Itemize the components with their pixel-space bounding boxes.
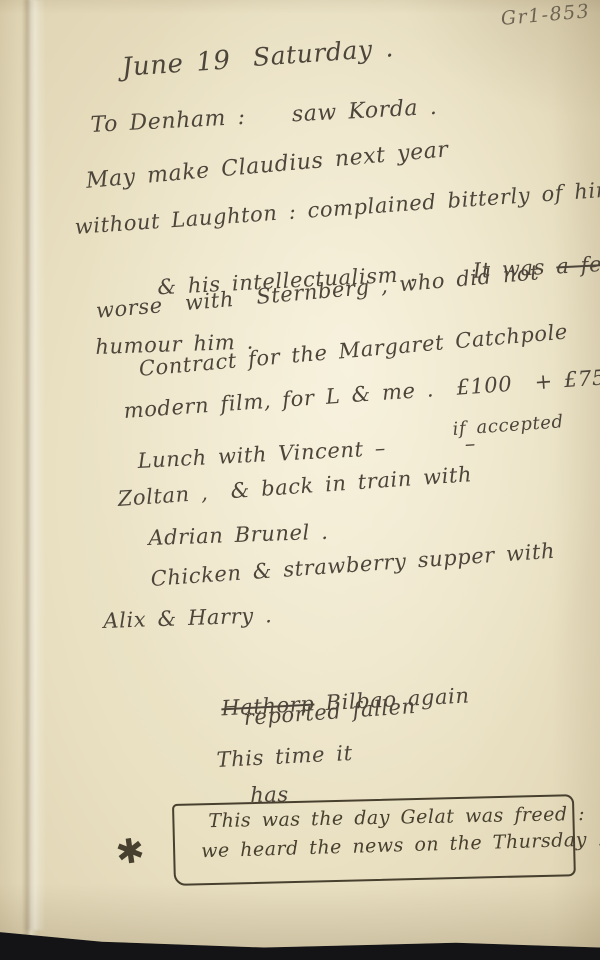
paper-crease	[20, 0, 46, 930]
footnote-line-2: we heard the news on the Thursday .	[201, 830, 563, 863]
crossed-out-words: a few	[556, 251, 600, 278]
diary-page: Gr1-853 June 19 Saturday . To Denham : s…	[0, 0, 600, 960]
manuscript-photo: Gr1-853 June 19 Saturday . To Denham : s…	[0, 0, 600, 960]
diary-line-alix-harry: Alix & Harry .	[103, 604, 273, 633]
date-month-day: June 19	[121, 46, 232, 82]
asterisk-mark: ✱	[113, 830, 147, 874]
diary-line-claudius: May make Claudius next year	[85, 138, 450, 194]
diary-line-brunel: Adrian Brunel .	[148, 521, 329, 550]
diary-line-this-time: This time it	[216, 742, 353, 772]
date-weekday: Saturday .	[252, 34, 395, 71]
diary-line-denham: To Denham : saw Korda .	[90, 96, 438, 138]
footnote-line-1: This was the day Gelat was freed :	[208, 803, 570, 832]
footnote-box: This was the day Gelat was freed : we he…	[172, 794, 576, 886]
